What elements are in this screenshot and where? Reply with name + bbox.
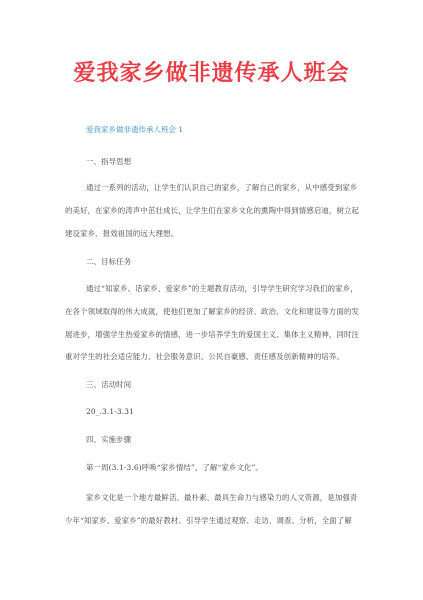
paragraph-line: 建设家乡、报效祖国的远大理想。 — [65, 228, 178, 239]
paragraph-line: 家乡文化是一个地方最鲜活、最朴素、最具生命力与感染力的人文资源，是加强青 — [86, 492, 357, 503]
heading-guiding-thought: 一、指导思想 — [86, 156, 131, 167]
heading-implementation-steps: 四、实施步骤 — [86, 434, 131, 445]
paragraph-line: 第一周(3.1-3.6)呼唤“家乡情结”，了解“家乡文化”。 — [86, 462, 263, 473]
document-title: 爱我家乡做非遗传承人班会 — [0, 56, 423, 87]
paragraph-line: 重对学生的社会适应能力、社会服务意识、公民自豪感、责任感及创新精神的培养。 — [65, 351, 344, 362]
paragraph-line: 展进步，增强学生热爱家乡的情感，进一步培养学生的爱国主义、集体主义精神，同时注 — [65, 329, 359, 340]
heading-goals: 二、目标任务 — [86, 256, 131, 267]
document-subtitle-link[interactable]: 爱我家乡做非遗传承人班会 1 — [86, 124, 183, 135]
paragraph-line: 通过一系列的活动，让学生们认识自己的家乡，了解自己的家乡，从中感受到家乡 — [86, 182, 357, 193]
heading-activity-time: 三、活动时间 — [86, 379, 131, 390]
paragraph-line: 在各个领域取得的伟大成就，使他们更加了解家乡的经济、政治、文化和建设等方面的发 — [65, 306, 359, 317]
paragraph-line: 的美好，在家乡的涛声中茁壮成长，让学生们在家乡文化的熏陶中得到情感启迪，树立起 — [65, 205, 359, 216]
activity-date-range: 20_.3.1-3.31 — [86, 407, 134, 416]
paragraph-line: 少年“知家乡、爱家乡”的最好教材。引导学生通过观察、走访、调查、分析，全面了解 — [65, 515, 352, 526]
paragraph-line: 通过“知家乡、话家乡、爱家乡”的主题教育活动，引导学生研究学习我们的家乡， — [86, 283, 358, 294]
